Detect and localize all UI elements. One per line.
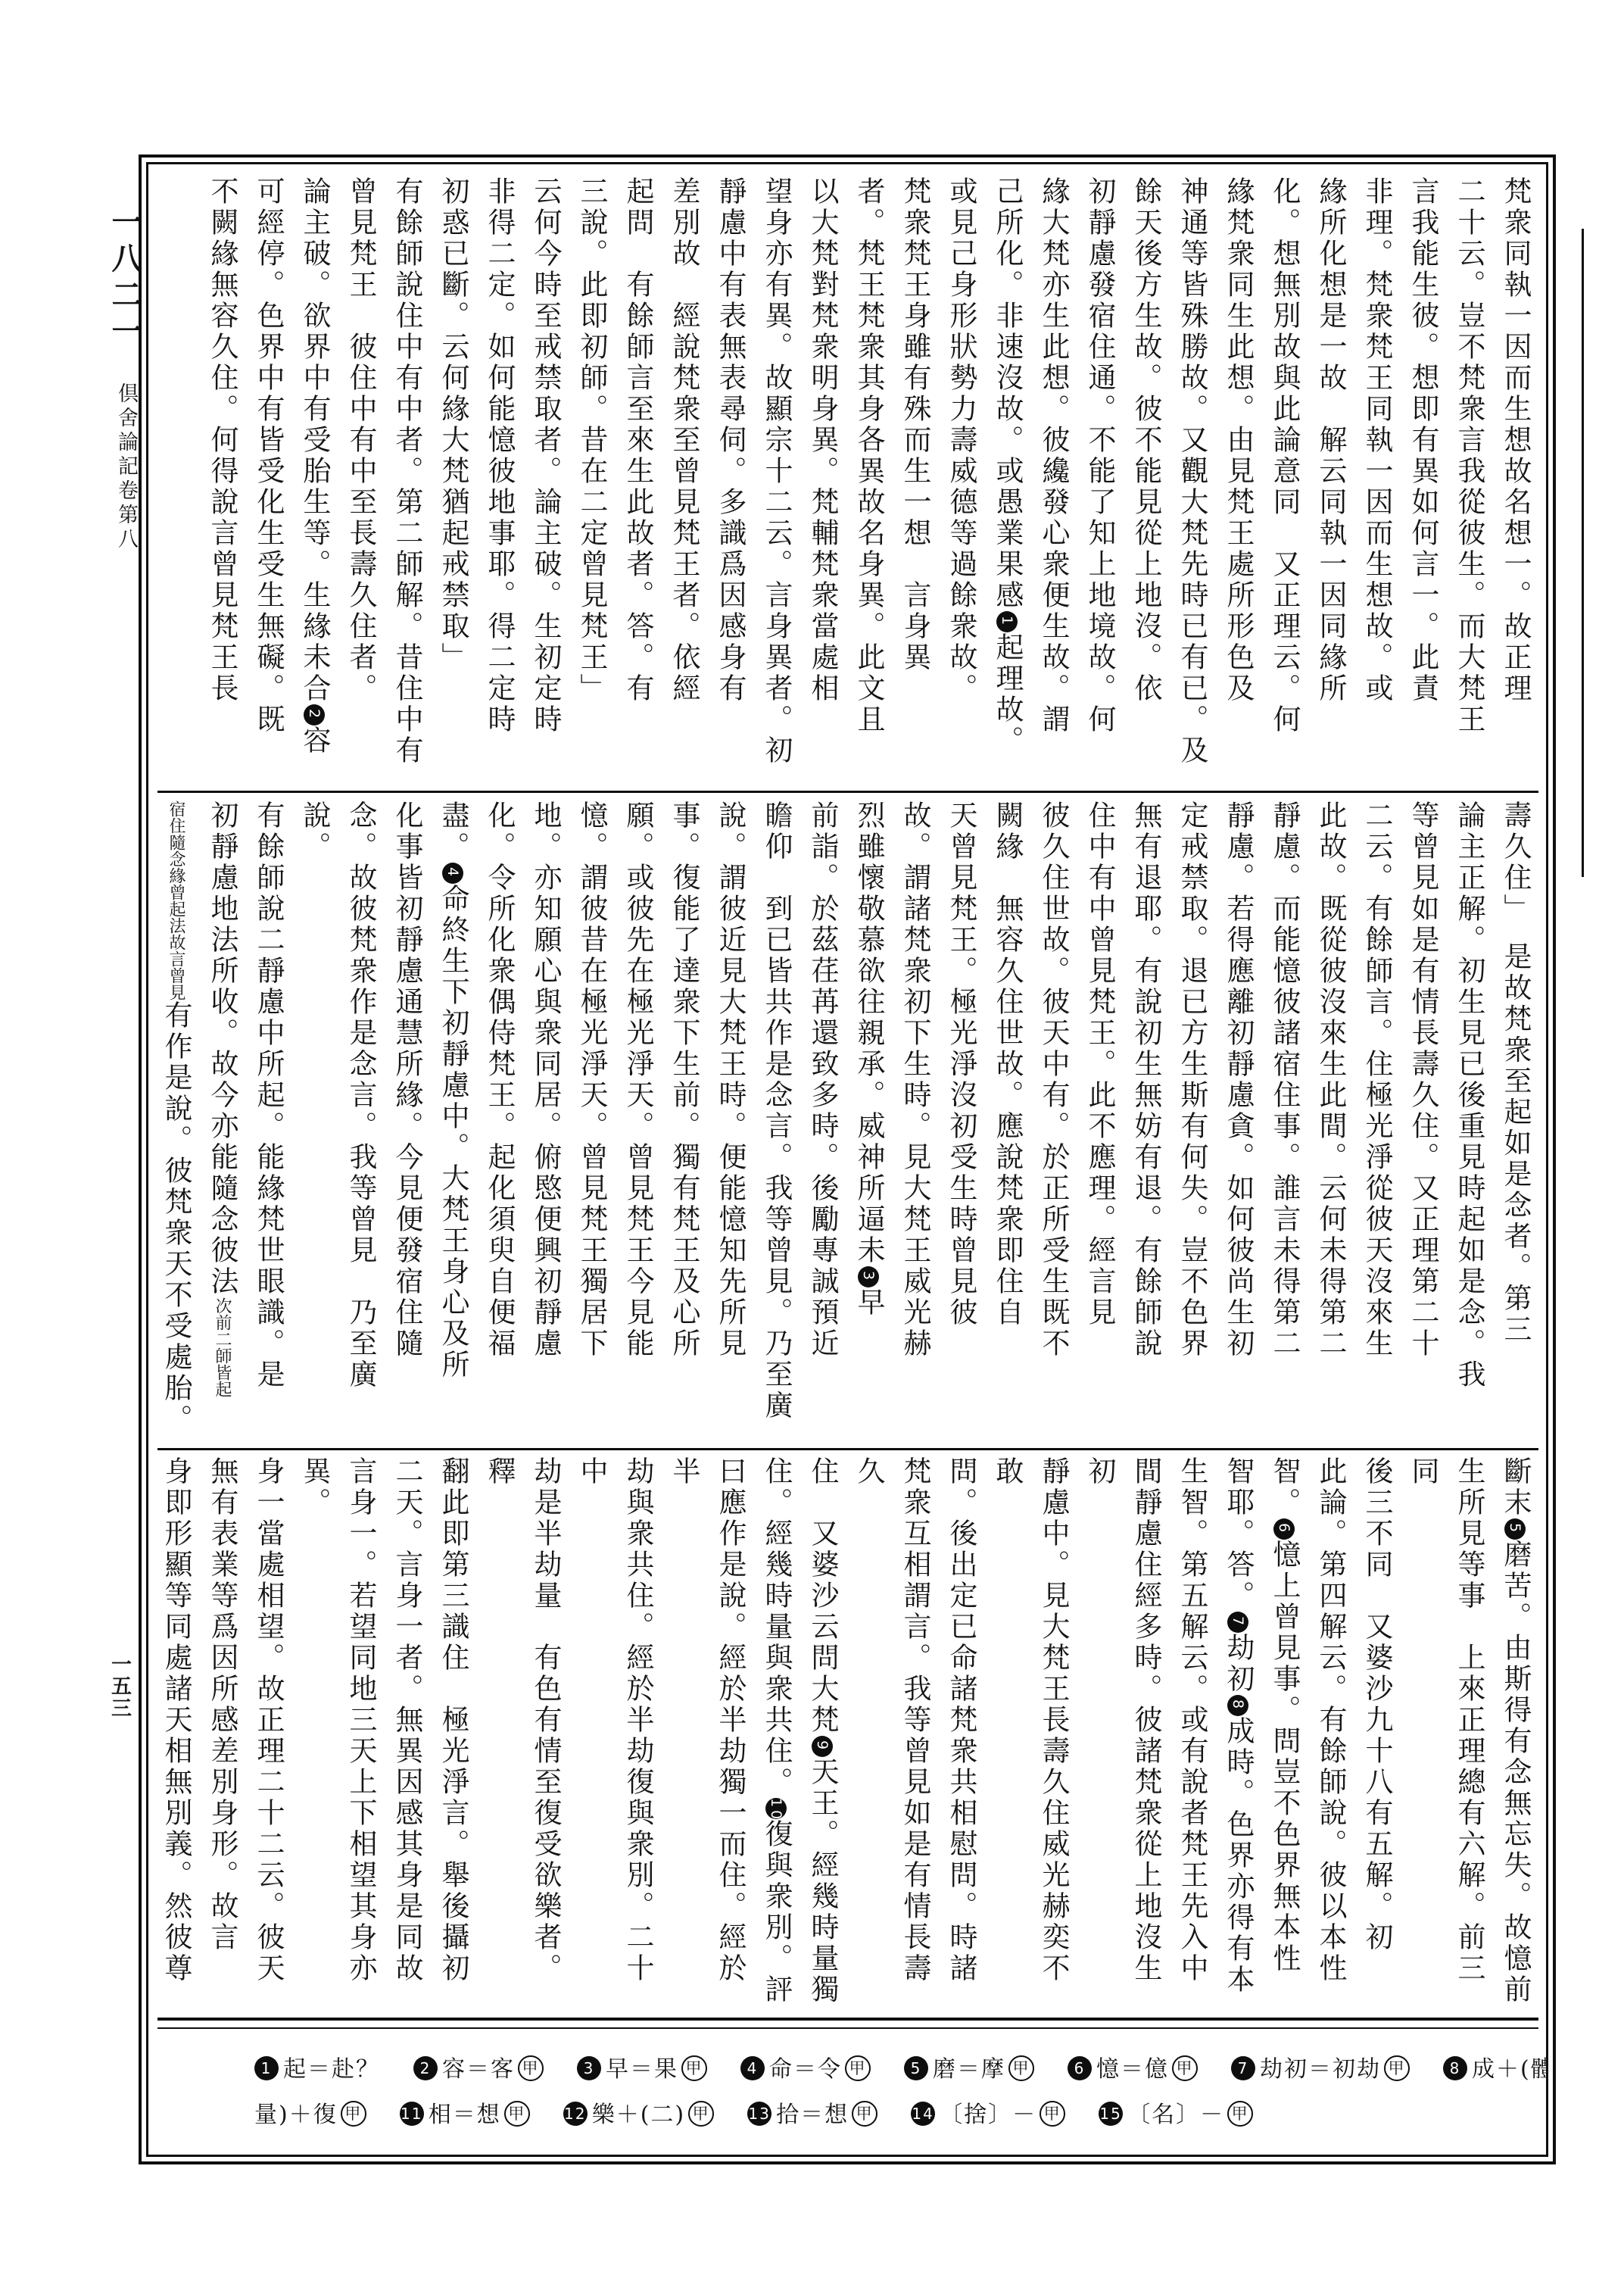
text-column: 劫與衆共住。經於半劫復與衆別。二十中	[569, 1456, 661, 2010]
footnote-number: 4	[740, 2056, 765, 2080]
text-column: 化事皆初靜慮通慧所緣。今見便發宿住隨	[384, 801, 430, 1448]
footnote-number: 14	[911, 2102, 935, 2126]
text-column: 說。謂彼近見大梵王時。便能憶知先所見	[707, 801, 753, 1448]
edition-mark-kou: 甲	[341, 2101, 366, 2127]
edition-mark-kou: 甲	[504, 2101, 530, 2127]
footnote-marker: 10	[765, 1798, 787, 1819]
text-column: 後三不同 又婆沙九十八有五解。初	[1354, 1456, 1400, 2010]
footnote-number: 7	[1231, 2056, 1255, 2080]
footnote-entry: 量)＋復甲	[254, 2102, 366, 2128]
text-column: 宿住隨念緣曾起法故言曾見有作是說。彼梵衆天不受處胎。	[157, 801, 199, 1448]
text-column: 非得二定。如何能憶彼地事耶。得二定時	[476, 176, 522, 791]
text-column: 二天。言身一者。無異因感其身是同故	[384, 1456, 430, 2010]
text-column: 斷末5磨苦。由斯得有念無忘失。故憶前	[1492, 1456, 1538, 2010]
page-border-box: 梵衆同執一因而生想故名想一。故正理二十云。豈不梵衆言我從彼生。而大梵王言我能生彼…	[139, 154, 1556, 2164]
footnote-marker: 1	[996, 611, 1018, 632]
footnote-marker: 9	[812, 1736, 833, 1757]
margin-page-number: 一五三	[104, 1653, 134, 1719]
margin-volume-title: 倶舍論記卷第八	[111, 382, 141, 552]
footnote-entry: 7劫初＝初劫甲	[1231, 2056, 1410, 2083]
text-column: 翻此即第三識住 極光淨言。舉後攝初	[430, 1456, 476, 2010]
page-inner-box: 梵衆同執一因而生想故名想一。故正理二十云。豈不梵衆言我從彼生。而大梵王言我能生彼…	[146, 162, 1548, 2157]
footnote-number: 15	[1099, 2102, 1123, 2126]
text-column: 等曾見如是有情長壽久住。又正理第二十	[1400, 801, 1446, 1448]
text-column: 住中有中曾見梵王。此不應理。經言見	[1077, 801, 1123, 1448]
text-column: 緣所化想是一故 解云同執一因同緣所	[1308, 176, 1354, 791]
text-column: 云何今時至戒禁取者。論主破。生初定時	[522, 176, 569, 791]
text-column: 不闕緣無容久住。何得說言曾見梵王長	[199, 176, 245, 791]
text-column: 憶。謂彼昔在極光淨天。曾見梵王獨居下	[569, 801, 615, 1448]
footnote-number: 11	[400, 2102, 424, 2126]
interlinear-gloss: 宿住隨念緣曾起法故言曾見	[167, 801, 185, 1000]
text-column: 天曾見梵王。極光淨沒初受生時曾見彼	[938, 801, 984, 1448]
edition-mark-kou: 甲	[681, 2055, 707, 2081]
text-column: 言我能生彼。想即有異如何言一。此責	[1400, 176, 1446, 791]
footnote-row: 量)＋復甲11相＝想甲12樂＋(二)甲13拾＝想甲14〔捨〕－甲15〔名〕－甲	[254, 2093, 1523, 2138]
text-column: 差別故 經說梵衆至曾見梵王者。依經	[661, 176, 707, 791]
footnote-number: 13	[747, 2102, 771, 2126]
text-column: 住。經幾時量與衆共住。10復與衆別。評	[753, 1456, 800, 2010]
text-column: 前詣。於茲荏苒還致多時。後勵專誠預近	[800, 801, 846, 1448]
footnote-marker: 7	[1227, 1612, 1248, 1633]
text-column: 此故。既從彼沒來生此間。云何未得第二	[1308, 801, 1354, 1448]
edition-mark-kou: 甲	[1227, 2101, 1253, 2127]
text-column: 三說。此即初師。昔在二定曾見梵王」	[569, 176, 615, 791]
text-column: 智耶。答。7劫初8成時。色界亦得有本	[1215, 1456, 1261, 2010]
text-column: 生智。第五解云。或有說者梵王先入中	[1169, 1456, 1215, 2010]
footnote-entry: 6憶＝億甲	[1068, 2056, 1198, 2083]
text-column: 有餘師說二靜慮中所起。能緣梵世眼識。是	[245, 801, 291, 1448]
text-column: 此論。第四解云。有餘師說。彼以本性	[1308, 1456, 1354, 2010]
text-column: 念。故彼梵衆作是念言。我等曾見 乃至廣說。	[291, 801, 384, 1448]
text-column: 間靜慮住經多時。彼諸梵衆從上地沒生初	[1077, 1456, 1169, 2010]
text-column: 化。令所化衆偶侍梵王。起化須臾自便福	[476, 801, 522, 1448]
text-column: 靜慮中。見大梵王長壽久住威光赫奕不敢	[984, 1456, 1077, 2010]
footnote-entry: 8成＋(體)甲	[1443, 2056, 1548, 2083]
text-column: 瞻仰 到已皆共作是念言。我等曾見。乃至廣	[753, 801, 800, 1448]
text-column: 餘天後方生故。彼不能見從上地沒。依	[1123, 176, 1169, 791]
text-column: 初靜慮地法所收。故今亦能隨念彼法次前二師皆起	[199, 801, 245, 1448]
text-column: 言身一。若望同地三天上下相望其身亦異。	[291, 1456, 384, 2010]
text-column: 二云。有餘師言。住極光淨從彼天沒來生	[1354, 801, 1400, 1448]
text-column: 無有退耶。有說初生無妨有退。有餘師說	[1123, 801, 1169, 1448]
text-band-top: 梵衆同執一因而生想故名想一。故正理二十云。豈不梵衆言我從彼生。而大梵王言我能生彼…	[157, 173, 1538, 791]
text-column: 己所化。非速沒故。或愚業果感1起理故。	[984, 176, 1030, 791]
text-column: 梵衆同執一因而生想故名想一。故正理	[1492, 176, 1538, 791]
footnote-number: 12	[563, 2102, 588, 2126]
footnote-entry: 3早＝果甲	[577, 2056, 707, 2083]
footnote-number: 5	[904, 2056, 928, 2080]
edition-mark-kou: 甲	[688, 2101, 714, 2127]
footnote-entry: 4命＝令甲	[740, 2056, 871, 2083]
text-column: 初惑已斷。云何緣大梵猶起戒禁取」	[430, 176, 476, 791]
text-column: 有餘師說住中有中者。第二師解。昔住中有	[384, 176, 430, 791]
edition-mark-kou: 甲	[852, 2101, 877, 2127]
text-column: 緣梵衆同生此想。由見梵王處所形色及	[1215, 176, 1261, 791]
footnote-marker: 6	[1273, 1518, 1295, 1540]
footnote-apparatus: 1起＝赴？2容＝客甲3早＝果甲4命＝令甲5磨＝摩甲6憶＝億甲7劫初＝初劫甲8成＋…	[157, 2029, 1538, 2138]
interlinear-gloss: 次前二師皆起	[213, 1297, 232, 1397]
footnote-marker: 5	[1504, 1518, 1526, 1540]
text-column: 願。或彼先在極光淨天。曾見梵王今見能	[615, 801, 661, 1448]
footnote-entry: 11相＝想甲	[400, 2102, 530, 2128]
footnote-number: 2	[413, 2056, 438, 2080]
footnote-marker: 2	[304, 704, 325, 726]
text-column: 事。復能了達衆下生前。獨有梵王及心所	[661, 801, 707, 1448]
edition-mark-kou: 甲	[1040, 2101, 1065, 2127]
text-column: 起問 有餘師言至來生此故者。答。有	[615, 176, 661, 791]
text-column: 可經停。色界中有皆受化生受生無礙。既	[245, 176, 291, 791]
footnote-entry: 12樂＋(二)甲	[563, 2102, 714, 2128]
text-column: 神通等皆殊勝故。又觀大梵先時已有已。及	[1169, 176, 1215, 791]
footnote-entry: 13拾＝想甲	[747, 2102, 877, 2128]
text-column: 以大梵對梵衆明身異。梵輔梵衆當處相	[800, 176, 846, 791]
footnote-entry: 5磨＝摩甲	[904, 2056, 1034, 2083]
scan-edge-line	[1582, 229, 1584, 877]
text-column: 地。亦知願心與衆同居。俯愍便興初靜慮	[522, 801, 569, 1448]
footnote-entry: 14〔捨〕－甲	[911, 2102, 1065, 2128]
text-column: 住 又婆沙云問大梵9天王。經幾時量獨	[800, 1456, 846, 2010]
text-column: 或見己身形狀勢力壽威德等過餘衆故。	[938, 176, 984, 791]
footnote-number: 1	[254, 2056, 279, 2080]
edition-mark-kou: 甲	[845, 2055, 871, 2081]
text-column: 靜慮。而能憶彼諸宿住事。誰言未得第二	[1261, 801, 1308, 1448]
text-column: 身一當處相望。故正理二十二云。彼天	[245, 1456, 291, 2010]
text-column: 無有表業等爲因所感差別身形。故言	[199, 1456, 245, 2010]
text-column: 劫是半劫量 有色有情至復受欲樂者。釋	[476, 1456, 569, 2010]
text-column: 身即形顯等同處諸天相無別義。然彼尊	[157, 1456, 199, 2010]
text-column: 壽久住」 是故梵衆至起如是念者。第三	[1492, 801, 1538, 1448]
text-column: 定戒禁取。退已方生斯有何失。豈不色界	[1169, 801, 1215, 1448]
text-column: 非理。梵衆梵王同執一因而生想故。或	[1354, 176, 1400, 791]
text-column: 智。6憶上曾見事。問豈不色界無本性	[1261, 1456, 1308, 2010]
text-column: 初靜慮發宿住通。不能了知上地境故。何	[1077, 176, 1123, 791]
text-column: 靜慮。若得應離初靜慮貪。如何彼尚生初	[1215, 801, 1261, 1448]
footnote-row: 1起＝赴？2容＝客甲3早＝果甲4命＝令甲5磨＝摩甲6憶＝億甲7劫初＝初劫甲8成＋…	[254, 2047, 1523, 2093]
text-column: 二十云。豈不梵衆言我從彼生。而大梵王	[1446, 176, 1492, 791]
footnote-marker: 8	[1227, 1695, 1248, 1716]
text-band-middle: 壽久住」 是故梵衆至起如是念者。第三論主正解。初生見已後重見時起如是念。我等曾見…	[157, 791, 1538, 1448]
text-column: 烈雖懷敬慕欲往親承。威神所逼未3早	[846, 801, 892, 1448]
footnote-entry: 2容＝客甲	[413, 2056, 544, 2083]
text-column: 論主正解。初生見已後重見時起如是念。我	[1446, 801, 1492, 1448]
text-band-bottom: 斷末5磨苦。由斯得有念無忘失。故憶前生所見等事 上來正理總有六解。前三同後三不同…	[157, 1448, 1538, 2010]
text-column: 故。謂諸梵衆初下生時。見大梵王威光赫	[892, 801, 938, 1448]
text-column: 緣大梵亦生此想。彼纔發心衆便生故。謂	[1030, 176, 1077, 791]
text-column: 梵衆梵王身雖有殊而生一想 言身異	[892, 176, 938, 791]
footnote-entry: 1起＝赴？	[254, 2056, 380, 2083]
text-column: 生所見等事 上來正理總有六解。前三同	[1400, 1456, 1492, 2010]
edition-mark-kou: 甲	[1384, 2055, 1410, 2081]
text-column: 化。想無別故與此論意同 又正理云。何	[1261, 176, 1308, 791]
footnote-number: 3	[577, 2056, 601, 2080]
text-column: 梵衆互相謂言。我等曾見如是有情長壽久	[846, 1456, 938, 2010]
text-column: 望身亦有異。故顯宗十二云。言身異者。初	[753, 176, 800, 791]
text-column: 彼久住世故。彼天中有。於正所受生既不	[1030, 801, 1077, 1448]
text-column: 盡。4命終生下初靜慮中。大梵王身心及所	[430, 801, 476, 1448]
text-column: 闕緣 無容久住世故。應說梵衆即住自	[984, 801, 1030, 1448]
footnote-number: 8	[1443, 2056, 1467, 2080]
text-column: 曰應作是說。經於半劫獨一而住。經於半	[661, 1456, 753, 2010]
footnote-divider-rule	[157, 2018, 1538, 2029]
text-column: 問。後出定已命諸梵衆共相慰問。時諸	[938, 1456, 984, 2010]
footnote-marker: 4	[442, 863, 463, 884]
footnote-entry: 15〔名〕－甲	[1099, 2102, 1253, 2128]
text-column: 曾見梵王 彼住中有中至長壽久住者。	[338, 176, 384, 791]
edition-mark-kou: 甲	[1172, 2055, 1198, 2081]
edition-mark-kou: 甲	[1008, 2055, 1034, 2081]
text-column: 者。梵王梵衆其身各異故名身異。此文且	[846, 176, 892, 791]
footnote-number: 6	[1068, 2056, 1092, 2080]
text-column: 論主破。欲界中有受胎生等。生緣未合2容	[291, 176, 338, 791]
edition-mark-kou: 甲	[518, 2055, 544, 2081]
footnote-marker: 3	[858, 1266, 879, 1287]
text-column: 靜慮中有表無表尋伺。多識爲因感身有	[707, 176, 753, 791]
scanned-page: { "margin": { "folio_number": "一八二一", "v…	[0, 0, 1624, 2272]
